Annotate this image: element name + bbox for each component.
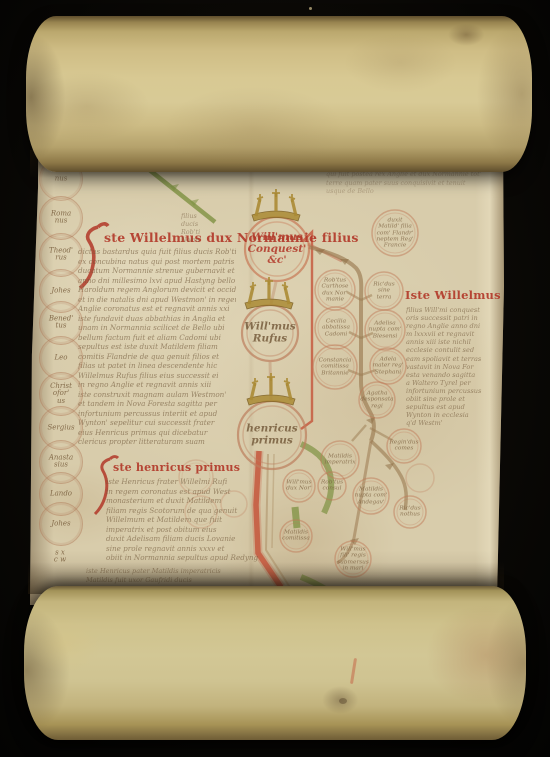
roundel-label: Rob'tusCurthosedux Nor'manie: [322, 277, 349, 302]
roundel-label: Agathadesponsataregi: [360, 391, 393, 410]
margin-roundel-label: Sergius: [47, 424, 74, 431]
roundel-label: Regin'duscomes: [389, 440, 418, 453]
dark-stain: [339, 698, 347, 704]
margin-roundel-label: Romanus: [51, 211, 71, 226]
roundel-label: Ric'dusnothus: [399, 506, 420, 519]
roundel-label: Will'musdux Nor': [286, 480, 311, 493]
roundel-label: Adelisanupta com'Blesensi: [369, 321, 402, 340]
margin-roundel-label: Anastasius: [49, 455, 73, 470]
roundel-label: Matildisnupta com'Andegav': [355, 487, 388, 506]
roundel-label: Adelamater reg'Stephani: [373, 357, 404, 376]
roundel-label: CeciliaabbatissaCadomi: [322, 319, 350, 338]
margin-roundel-label: Lando: [50, 490, 72, 497]
roundel-label: Ric'dussineterra: [373, 282, 394, 301]
script-block-top-faint: qui fuit postea rex Anglie et dux Norman…: [326, 170, 500, 196]
roundel-label: Matildiscomitissa: [282, 530, 310, 543]
roundel-label: Matildisimperatrix: [325, 454, 356, 467]
script-block-bottom: iste Henricus pater Matildis imperatrici…: [86, 567, 228, 584]
margin-roundel-label: Johes: [51, 520, 70, 527]
heading-iste-willelmus: Iste Willelmus: [405, 288, 501, 302]
heading-text: Iste Willelmus: [405, 288, 501, 302]
scroll-photo: ste Willelmus dux Normannie filius ste h…: [0, 0, 550, 757]
roundel-label: Will'musfili' regissubmersusin mari: [337, 546, 369, 571]
margin-roundel-label: Christofor'us: [50, 383, 72, 405]
script-block-right: filius Will'mi conquestoris successit pa…: [406, 306, 502, 427]
heading-text: ste henricus primus: [113, 461, 240, 474]
bottom-roll: [24, 586, 526, 740]
script-block-henricus: iste Henricus frater Willelmi Rufiin reg…: [106, 477, 258, 563]
roundel-label: Will'musConquest'&c': [248, 232, 307, 267]
script-block-beside: filiusducisRob'tiNorm': [181, 212, 233, 244]
top-roll: [26, 16, 532, 172]
roundel-label: ConstanciacomitissaBritannie: [319, 358, 352, 377]
margin-roundel-label: Theod'rus: [49, 248, 73, 263]
margin-roundel-label: Leo: [54, 354, 67, 361]
margin-roundel-label: nus: [55, 175, 68, 182]
roundel-label: Will'musRufus: [244, 322, 295, 345]
script-block-left: dictus bastardus quia fuit filius ducis …: [78, 247, 236, 447]
roundel-label: Rob'tusconsul: [321, 480, 343, 493]
margin-roundel-label: s xc w: [54, 550, 66, 565]
roundel-label: duxitMatild' filiacom' Flandr'neptem Reg…: [376, 217, 413, 248]
margin-roundel: s xc w: [39, 536, 81, 578]
dust-speck: [309, 7, 312, 10]
margin-roundel-label: Johes: [51, 287, 70, 294]
heading-henricus-primus: ste henricus primus: [113, 461, 240, 474]
margin-roundel-label: Bened'tus: [49, 316, 73, 331]
roundel-label: henricusprimus: [246, 424, 297, 447]
